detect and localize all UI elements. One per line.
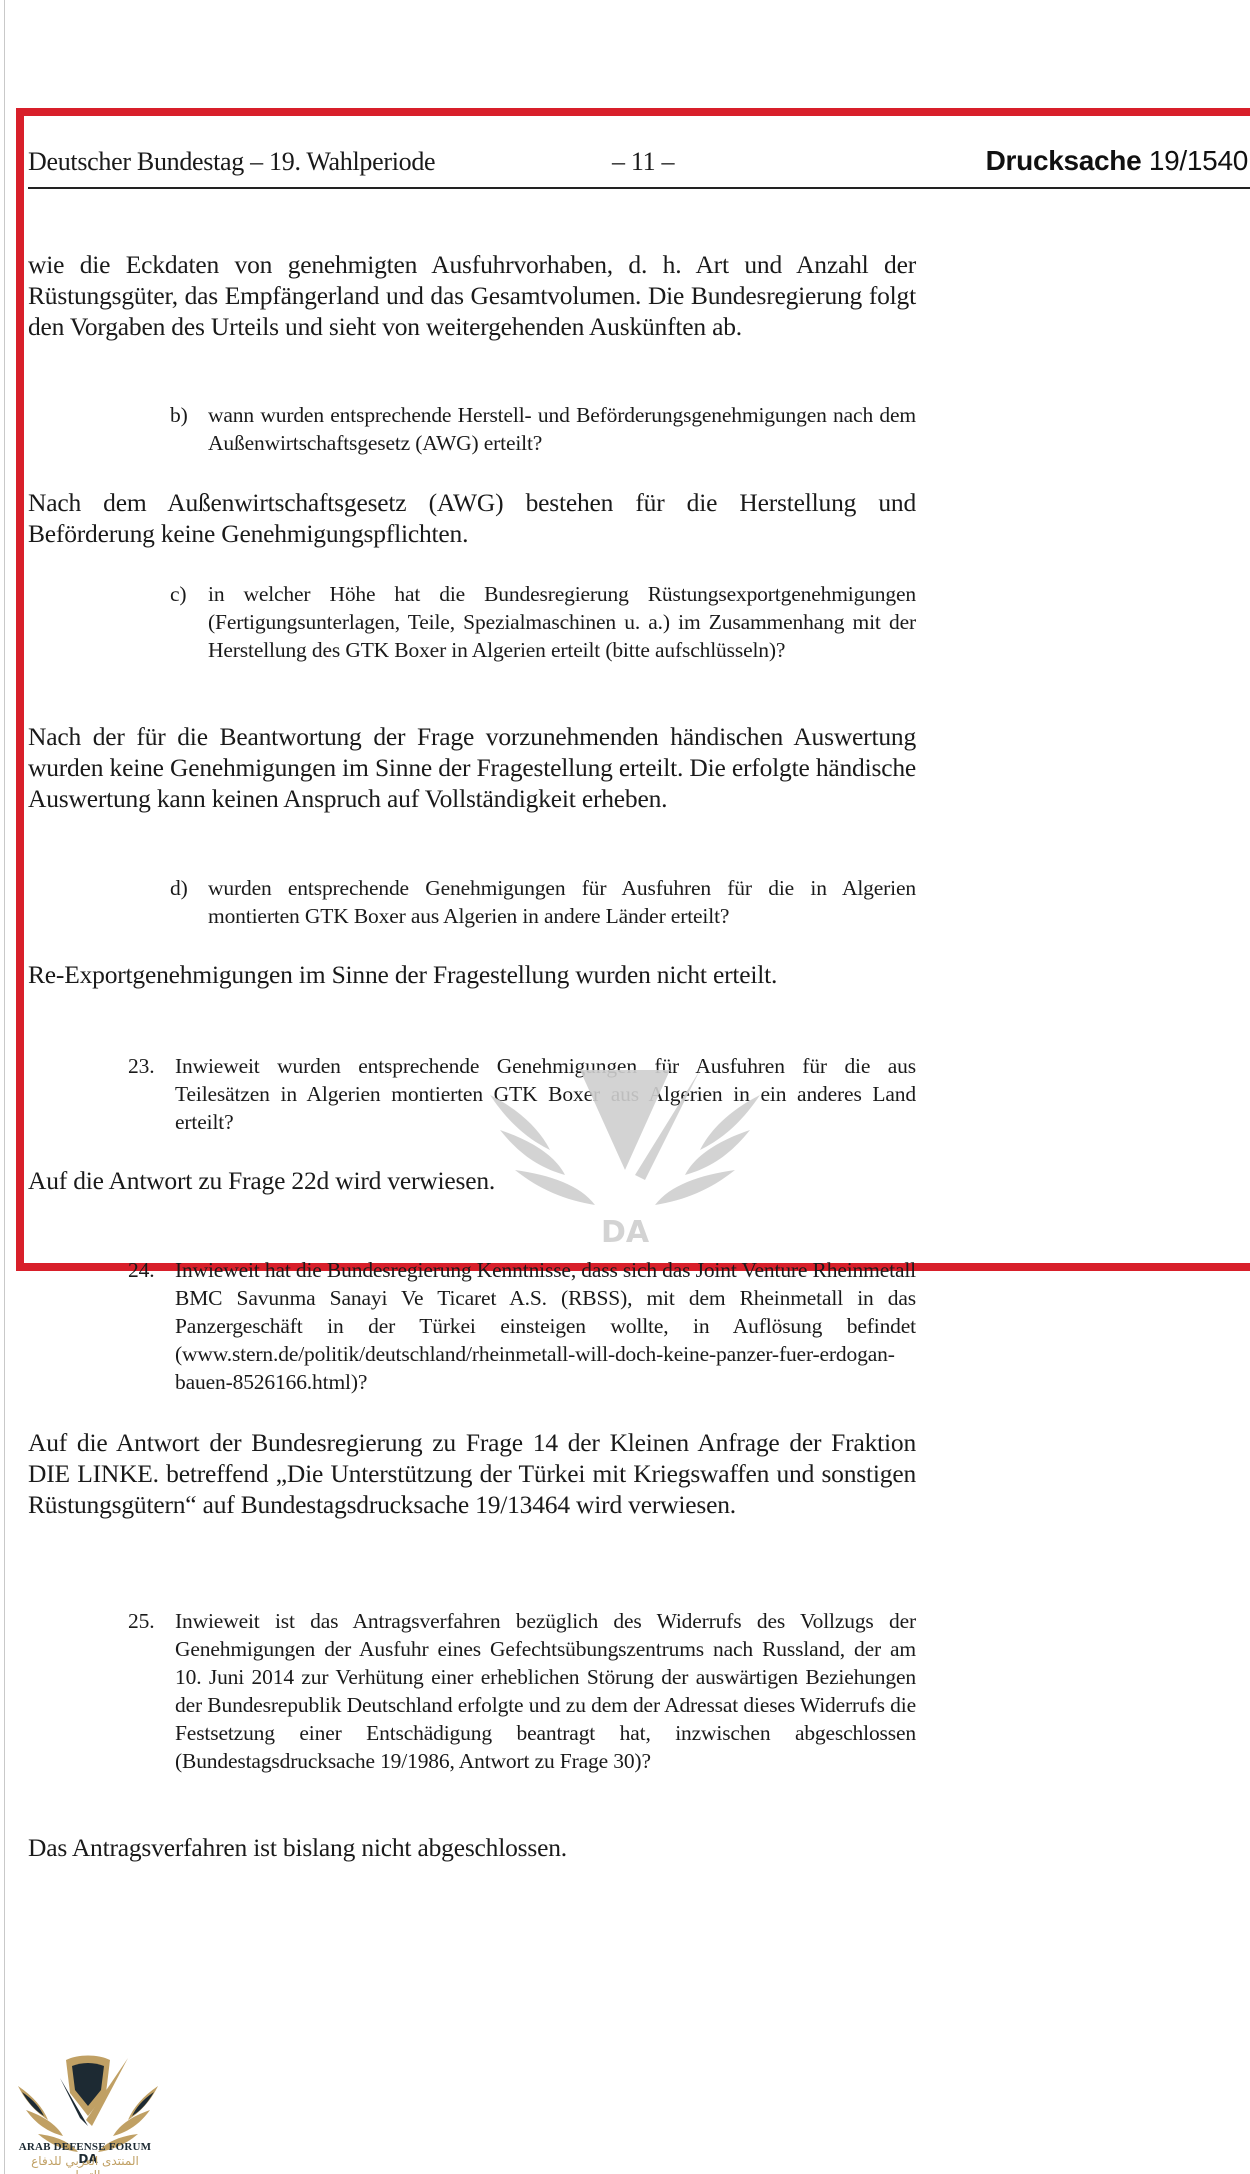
doc-number: 19/1540: [1149, 145, 1248, 176]
question-label: 23.: [128, 1052, 154, 1080]
question-22c: c) in welcher Höhe hat die Bundesregieru…: [208, 580, 916, 664]
logo-name-arabic: المنتدى العربي للدفاع والتسليح: [10, 2154, 160, 2174]
question-label: d): [170, 874, 188, 902]
question-text: Inwieweit hat die Bundesregierung Kenntn…: [175, 1258, 916, 1394]
paragraph-intro: wie die Eckdaten von genehmigten Ausfuhr…: [28, 249, 916, 342]
page-edge-line: [4, 0, 5, 2174]
question-text: Inwieweit ist das Antragsverfahren bezüg…: [175, 1609, 916, 1773]
header-parliament: Deutscher Bundestag – 19. Wahlperiode: [28, 147, 435, 177]
header-rule: [28, 187, 1250, 189]
answer-22b: Nach dem Außenwirtschaftsgesetz (AWG) be…: [28, 487, 916, 549]
question-22b: b) wann wurden entsprechende Herstell- u…: [208, 401, 916, 457]
answer-22d: Re-Exportgenehmigungen im Sinne der Frag…: [28, 959, 916, 990]
answer-24: Auf die Antwort der Bundesregierung zu F…: [28, 1427, 916, 1520]
svg-text:DA: DA: [601, 1215, 650, 1250]
question-22d: d) wurden entsprechende Genehmigungen fü…: [208, 874, 916, 930]
question-text: in welcher Höhe hat die Bundesregierung …: [208, 582, 916, 662]
question-24: 24. Inwieweit hat die Bundesregierung Ke…: [175, 1256, 916, 1396]
answer-22c: Nach der für die Beantwortung der Frage …: [28, 721, 916, 814]
header-page-number: – 11 –: [612, 147, 674, 177]
header-document-number: Drucksache 19/1540: [986, 145, 1248, 177]
question-text: wurden entsprechende Genehmigungen für A…: [208, 876, 916, 928]
question-text: wann wurden entsprechende Herstell- und …: [208, 403, 916, 455]
watermark-logo-icon: DA: [470, 1070, 780, 1250]
question-label: 24.: [128, 1256, 154, 1284]
question-label: 25.: [128, 1607, 154, 1635]
question-25: 25. Inwieweit ist das Antragsverfahren b…: [175, 1607, 916, 1775]
question-label: c): [170, 580, 186, 608]
doc-label: Drucksache: [986, 145, 1142, 176]
answer-25: Das Antragsverfahren ist bislang nicht a…: [28, 1832, 916, 1863]
question-label: b): [170, 401, 188, 429]
logo-name-english: ARAB DEFENSE FORUM: [10, 2141, 160, 2153]
